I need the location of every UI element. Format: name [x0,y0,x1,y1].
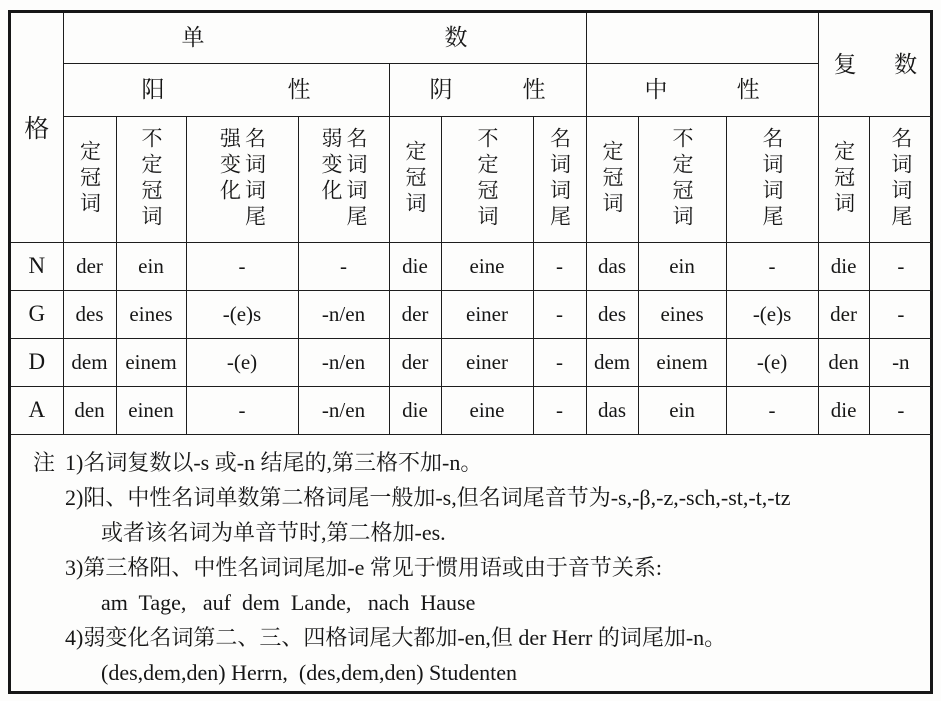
value-cell: - [533,386,586,434]
value-cell: - [533,242,586,290]
note-line: 3)第三格阳、中性名词词尾加-e 常见于惯用语或由于音节关系: [65,550,918,585]
value-cell: - [186,386,298,434]
column-header-text: 名词词尾 [548,127,572,231]
value-cell: -(e)s [726,290,818,338]
column-header-text: 弱变化 [319,127,343,205]
column-header-pl-noun-ending: 名词词尾 [869,116,932,242]
value-cell: -n [869,338,932,386]
column-header-text: 不定冠词 [139,127,163,231]
value-cell: die [389,242,441,290]
value-cell: - [869,242,932,290]
page-frame: 格 单数 复数 阳性 阴性 中性 定冠词 不定冠词 强变化名词词尾 弱变化名词词… [8,10,933,694]
empty-header-cell [586,13,818,63]
group-header-plural-label: 复数 [819,53,933,76]
value-cell: ein [116,242,186,290]
column-header-pl-definite-article: 定冠词 [818,116,869,242]
column-header-text: 定冠词 [832,140,856,218]
column-header-n-noun-ending: 名词词尾 [726,116,818,242]
column-header-text: 定冠词 [600,140,624,218]
value-cell: - [869,290,932,338]
case-cell: D [11,338,63,386]
column-header-f-indefinite-article: 不定冠词 [441,116,533,242]
group-header-feminine-label: 阴性 [390,78,586,101]
column-header-n-definite-article: 定冠词 [586,116,638,242]
value-cell: einer [441,338,533,386]
value-cell: den [63,386,116,434]
value-cell: die [389,386,441,434]
value-cell: - [533,290,586,338]
scanned-page: 格 单数 复数 阳性 阴性 中性 定冠词 不定冠词 强变化名词词尾 弱变化名词词… [0,0,941,701]
value-cell: - [186,242,298,290]
group-header-feminine: 阴性 [389,63,586,116]
value-cell: der [818,290,869,338]
value-cell: -(e)s [186,290,298,338]
column-header-strong-noun-ending: 强变化名词词尾 [186,116,298,242]
footnotes-label: 注 [33,445,63,480]
footnote-item-1: 1)名词复数以-s 或-n 结尾的,第三格不加-n。 [65,445,918,480]
value-cell: einem [116,338,186,386]
value-cell: - [533,338,586,386]
value-cell: einer [441,290,533,338]
value-cell: der [63,242,116,290]
footnotes: 注 1)名词复数以-s 或-n 结尾的,第三格不加-n。 2)阳、中性名词单数第… [11,435,930,690]
value-cell: - [726,386,818,434]
column-header-text: 强变化 [218,127,242,205]
value-cell: einem [638,338,726,386]
value-cell: ein [638,242,726,290]
column-header-text: 不定冠词 [475,127,499,231]
column-header-text: 定冠词 [78,140,102,218]
value-cell: -n/en [298,290,389,338]
column-header-text: 名词词尾 [243,127,267,231]
value-cell: -(e) [186,338,298,386]
value-cell: dem [586,338,638,386]
value-cell: eine [441,386,533,434]
column-header-f-noun-ending: 名词词尾 [533,116,586,242]
column-header-text: 不定冠词 [670,127,694,231]
column-header-text: 定冠词 [403,140,427,218]
column-header-n-indefinite-article: 不定冠词 [638,116,726,242]
group-header-neuter: 中性 [586,63,818,116]
value-cell: -n/en [298,386,389,434]
footnote-item-2: 2)阳、中性名词单数第二格词尾一般加-s,但名词尾音节为-s,-β,-z,-sc… [65,480,918,550]
group-header-masculine: 阳性 [63,63,389,116]
declension-table: 格 单数 复数 阳性 阴性 中性 定冠词 不定冠词 强变化名词词尾 弱变化名词词… [11,13,932,435]
note-line: am Tage, auf dem Lande, nach Hause [101,585,918,620]
group-header-neuter-label: 中性 [587,78,818,101]
case-cell: N [11,242,63,290]
value-cell: das [586,242,638,290]
value-cell: das [586,386,638,434]
column-header-text: 名词词尾 [760,127,784,231]
value-cell: der [389,290,441,338]
group-header-plural: 复数 [818,13,932,116]
value-cell: - [298,242,389,290]
column-header-m-definite-article: 定冠词 [63,116,116,242]
group-header-singular: 单数 [63,13,586,63]
group-header-masculine-label: 阳性 [64,78,389,101]
column-header-text: 名词词尾 [889,127,913,231]
note-line: 1)名词复数以-s 或-n 结尾的,第三格不加-n。 [65,445,918,480]
value-cell: - [726,242,818,290]
value-cell: eines [116,290,186,338]
column-header-f-definite-article: 定冠词 [389,116,441,242]
value-cell: einen [116,386,186,434]
value-cell: des [586,290,638,338]
footnote-item-4: 4)弱变化名词第二、三、四格词尾大都加-en,但 der Herr 的词尾加-n… [65,620,918,690]
column-header-text: 名词词尾 [344,127,368,231]
case-cell: A [11,386,63,434]
value-cell: eine [441,242,533,290]
case-cell: G [11,290,63,338]
group-header-singular-label: 单数 [64,26,586,49]
corner-header-case: 格 [11,13,63,242]
value-cell: dem [63,338,116,386]
value-cell: der [389,338,441,386]
value-cell: den [818,338,869,386]
note-line: 或者该名词为单音节时,第二格加-es. [101,515,918,550]
value-cell: - [869,386,932,434]
corner-header-label: 格 [24,116,49,143]
value-cell: ein [638,386,726,434]
column-header-weak-noun-ending: 弱变化名词词尾 [298,116,389,242]
value-cell: die [818,386,869,434]
value-cell: -n/en [298,338,389,386]
value-cell: des [63,290,116,338]
value-cell: -(e) [726,338,818,386]
footnote-item-3: 3)第三格阳、中性名词词尾加-e 常见于惯用语或由于音节关系: am Tage,… [65,550,918,620]
value-cell: eines [638,290,726,338]
note-line: 4)弱变化名词第二、三、四格词尾大都加-en,但 der Herr 的词尾加-n… [65,620,918,655]
note-line: 2)阳、中性名词单数第二格词尾一般加-s,但名词尾音节为-s,-β,-z,-sc… [65,480,918,515]
value-cell: die [818,242,869,290]
note-line: (des,dem,den) Herrn, (des,dem,den) Stude… [101,655,918,690]
column-header-m-indefinite-article: 不定冠词 [116,116,186,242]
